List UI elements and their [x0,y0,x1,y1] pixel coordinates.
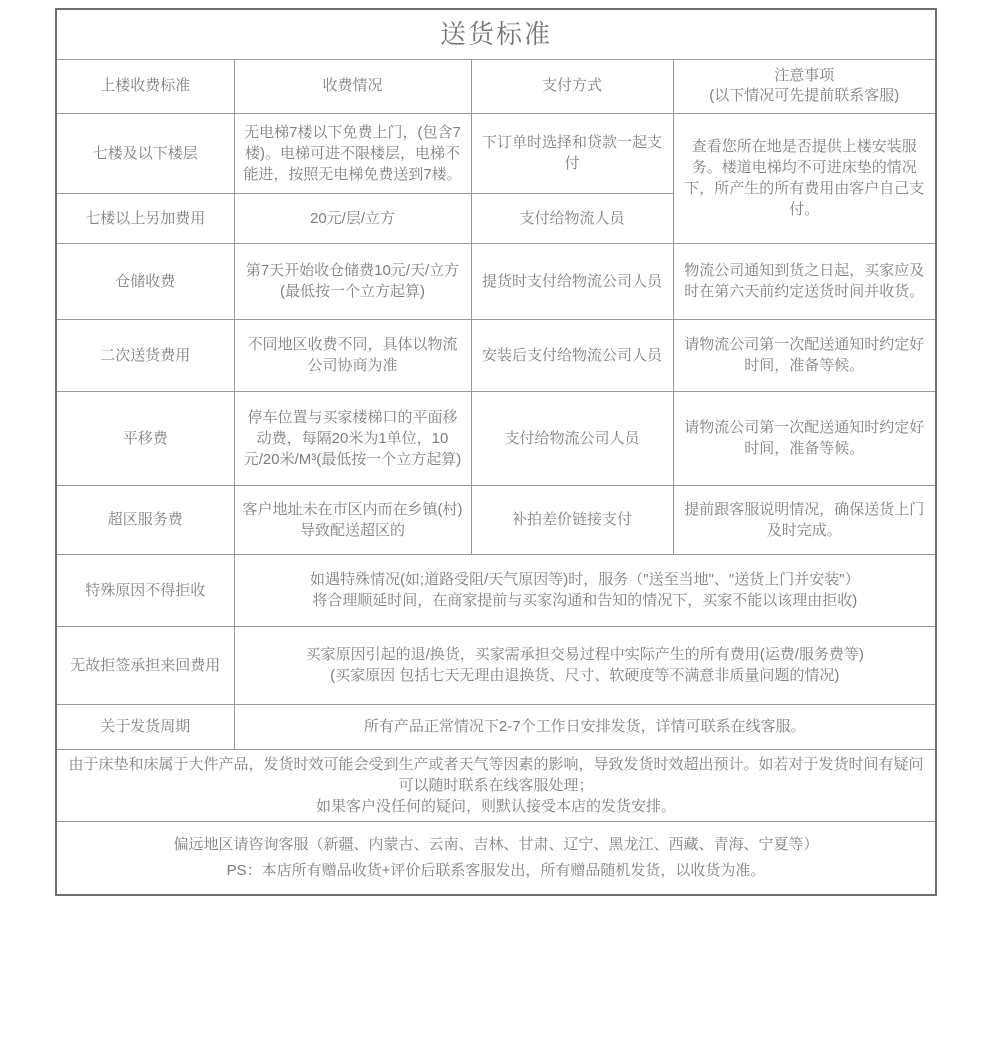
footer-delay-note: 由于床垫和床属于大件产品，发货时效可能会受到生产或者天气等因素的影响，导致发货时… [56,749,936,821]
row-out-of-zone-note: 提前跟客服说明情况，确保送货上门及时完成。 [673,485,936,554]
header-notes: 注意事项 (以下情况可先提前联系客服) [673,59,936,113]
table-row: 超区服务费 客户地址未在市区内而在乡镇(村)导致配送超区的 补拍差价链接支付 提… [56,485,936,554]
row-storage-note: 物流公司通知到货之日起，买家应及时在第六天前约定送货时间并收货。 [673,243,936,319]
table-row: 平移费 停车位置与买家楼梯口的平面移动费，每隔20米为1单位，10元/20米/M… [56,391,936,485]
row-shipping-cycle-content: 所有产品正常情况下2-7个工作日安排发货，详情可联系在线客服。 [234,704,936,749]
row-translation-note: 请物流公司第一次配送通知时约定好时间，准备等候。 [673,391,936,485]
row-second-delivery-fee: 不同地区收费不同，具体以物流公司协商为准 [234,319,471,391]
header-payment-method: 支付方式 [471,59,673,113]
delivery-standards-table: 送货标准 上楼收费标准 收费情况 支付方式 注意事项 (以下情况可先提前联系客服… [55,8,937,896]
footer-remote-note: 偏远地区请咨询客服（新疆、内蒙古、云南、吉林、甘肃、辽宁、黑龙江、西藏、青海、宁… [56,821,936,895]
header-fee-situation: 收费情况 [234,59,471,113]
row-translation-label: 平移费 [56,391,234,485]
table-row: 偏远地区请咨询客服（新疆、内蒙古、云南、吉林、甘肃、辽宁、黑龙江、西藏、青海、宁… [56,821,936,895]
row-out-of-zone-label: 超区服务费 [56,485,234,554]
row-refuse-sign-content: 买家原因引起的退/换货，买家需承担交易过程中实际产生的所有费用(运费/服务费等)… [234,626,936,704]
table-row: 仓储收费 第7天开始收仓储费10元/天/立方(最低按一个立方起算) 提货时支付给… [56,243,936,319]
row-second-delivery-note: 请物流公司第一次配送通知时约定好时间，准备等候。 [673,319,936,391]
row-translation-fee: 停车位置与买家楼梯口的平面移动费，每隔20米为1单位，10元/20米/M³(最低… [234,391,471,485]
row-floor7-above-label: 七楼以上另加费用 [56,193,234,243]
row-storage-fee: 第7天开始收仓储费10元/天/立方(最低按一个立方起算) [234,243,471,319]
row-translation-payment: 支付给物流公司人员 [471,391,673,485]
row-refuse-sign-label: 无故拒签承担来回费用 [56,626,234,704]
table-row: 由于床垫和床属于大件产品，发货时效可能会受到生产或者天气等因素的影响，导致发货时… [56,749,936,821]
row-out-of-zone-payment: 补拍差价链接支付 [471,485,673,554]
row-special-reason-content: 如遇特殊情况(如;道路受阻/天气原因等)时，服务（"送至当地"、"送货上门并安装… [234,554,936,626]
row-floor7-above-payment: 支付给物流人员 [471,193,673,243]
table-row: 关于发货周期 所有产品正常情况下2-7个工作日安排发货，详情可联系在线客服。 [56,704,936,749]
row-special-reason-label: 特殊原因不得拒收 [56,554,234,626]
row-second-delivery-label: 二次送货费用 [56,319,234,391]
row-floor7-note: 查看您所在地是否提供上楼安装服务。楼道电梯均不可进床垫的情况下，所产生的所有费用… [673,113,936,243]
row-floor7-below-payment: 下订单时选择和贷款一起支付 [471,113,673,193]
header-floor-fee-standard: 上楼收费标准 [56,59,234,113]
table-row: 特殊原因不得拒收 如遇特殊情况(如;道路受阻/天气原因等)时，服务（"送至当地"… [56,554,936,626]
row-storage-payment: 提货时支付给物流公司人员 [471,243,673,319]
row-out-of-zone-fee: 客户地址未在市区内而在乡镇(村)导致配送超区的 [234,485,471,554]
row-floor7-below-label: 七楼及以下楼层 [56,113,234,193]
row-shipping-cycle-label: 关于发货周期 [56,704,234,749]
table-row: 无故拒签承担来回费用 买家原因引起的退/换货，买家需承担交易过程中实际产生的所有… [56,626,936,704]
table-row: 七楼及以下楼层 无电梯7楼以下免费上门，(包含7楼)。电梯可进不限楼层，电梯不能… [56,113,936,193]
table-title: 送货标准 [56,9,936,59]
row-storage-label: 仓储收费 [56,243,234,319]
delivery-standards-sheet: 送货标准 上楼收费标准 收费情况 支付方式 注意事项 (以下情况可先提前联系客服… [55,8,935,896]
row-floor7-above-fee: 20元/层/立方 [234,193,471,243]
row-floor7-below-fee: 无电梯7楼以下免费上门，(包含7楼)。电梯可进不限楼层，电梯不能进，按照无电梯免… [234,113,471,193]
row-second-delivery-payment: 安装后支付给物流公司人员 [471,319,673,391]
table-row: 二次送货费用 不同地区收费不同，具体以物流公司协商为准 安装后支付给物流公司人员… [56,319,936,391]
